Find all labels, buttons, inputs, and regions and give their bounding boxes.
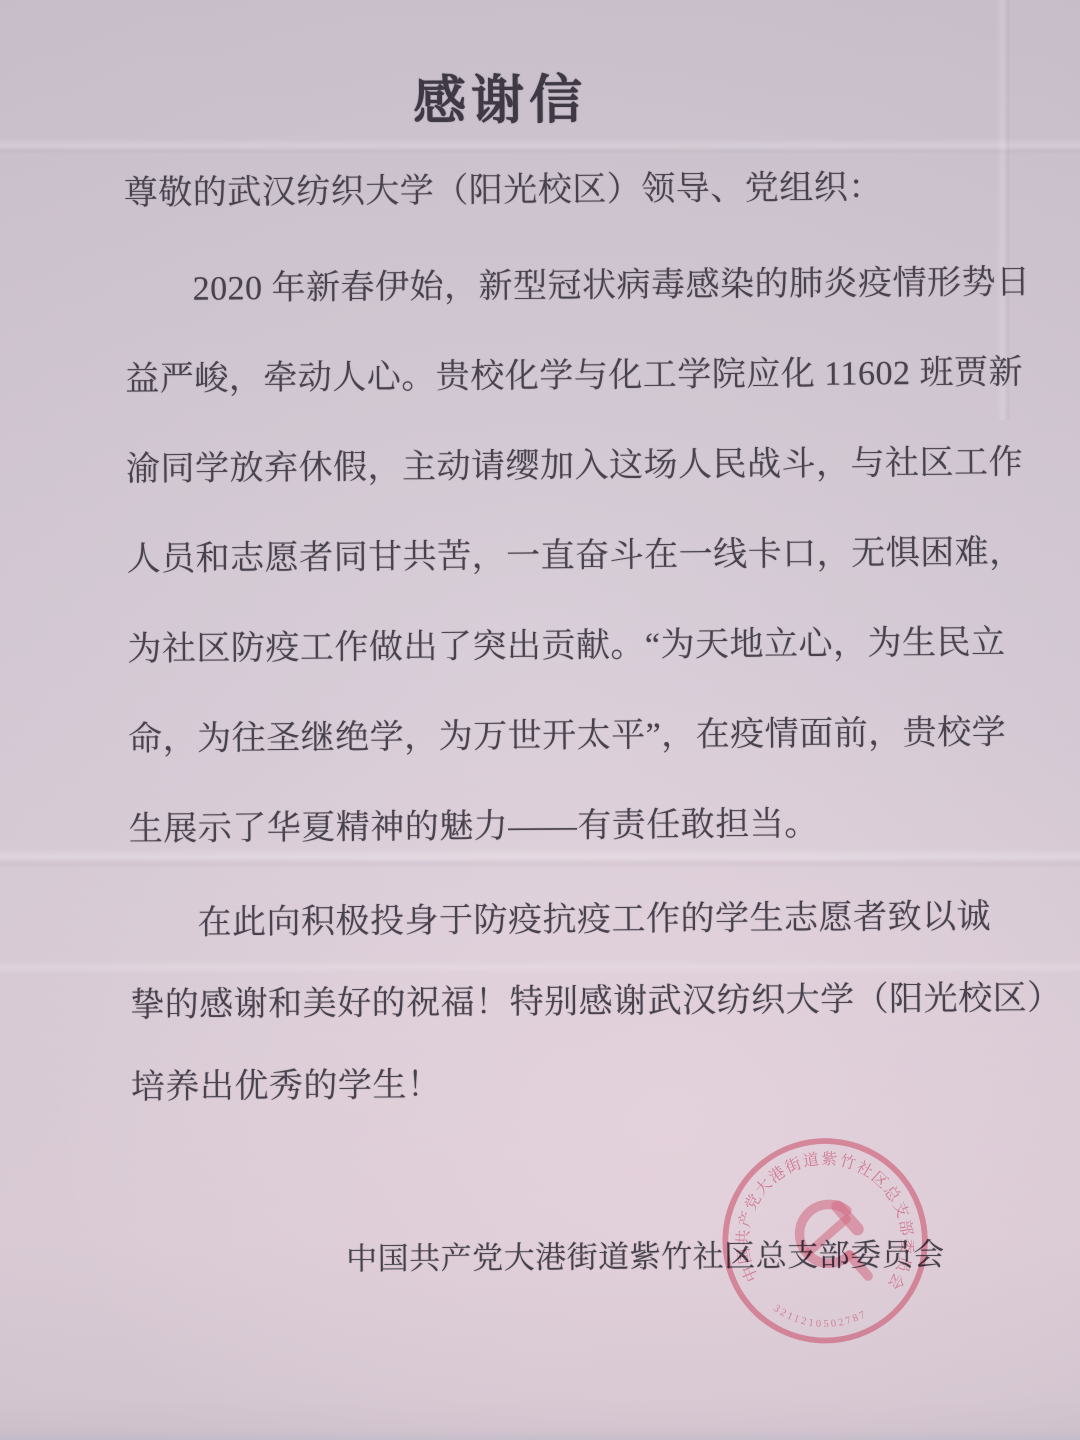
letter-line: 益严峻，牵动人心。贵校化学与化工学院应化 11602 班贾新	[125, 344, 1023, 400]
hammer-handle	[809, 1217, 847, 1255]
letter-line: 2020 年新春伊始，新型冠状病毒感染的肺炎疫情形势日	[192, 254, 1030, 310]
seal-number: 3211210502787	[770, 1303, 870, 1333]
letter-line: 人员和志愿者同甘共苦，一直奋斗在一线卡口，无惧困难，	[127, 524, 1024, 580]
letter-photo: 感谢信 尊敬的武汉纺织大学（阳光校区）领导、党组织： 2020 年新春伊始，新型…	[0, 0, 1080, 1440]
letter-line: 渝同学放弃休假，主动请缨加入这场人民战斗，与社区工作	[126, 434, 1023, 490]
letter-line: 培养出优秀的学生！	[131, 1057, 442, 1108]
letter-line: 在此向积极投身于防疫抗疫工作的学生志愿者致以诚	[197, 888, 991, 943]
letter-salutation: 尊敬的武汉纺织大学（阳光校区）领导、党组织：	[124, 159, 883, 214]
letter-title: 感谢信	[0, 54, 1005, 138]
sickle-handle	[848, 1255, 869, 1276]
letter-line: 命，为往圣继绝学，为万世开太平”，在疫情面前，贵校学	[128, 704, 1006, 760]
letter-line: 生展示了华夏精神的魅力——有责任敢担当。	[129, 796, 819, 850]
thank-you-letter: 感谢信 尊敬的武汉纺织大学（阳光校区）领导、党组织： 2020 年新春伊始，新型…	[0, 0, 1080, 1440]
official-seal: 中国共产党大港街道紫竹社区总支部委员会 3211210502787	[714, 1129, 937, 1352]
hammer-and-sickle-icon	[797, 1203, 872, 1276]
letter-line: 为社区防疫工作做出了突出贡献。“为天地立心，为生民立	[127, 614, 1005, 670]
letter-line: 挚的感谢和美好的祝福！特别感谢武汉纺织大学（阳光校区）	[130, 970, 1062, 1026]
